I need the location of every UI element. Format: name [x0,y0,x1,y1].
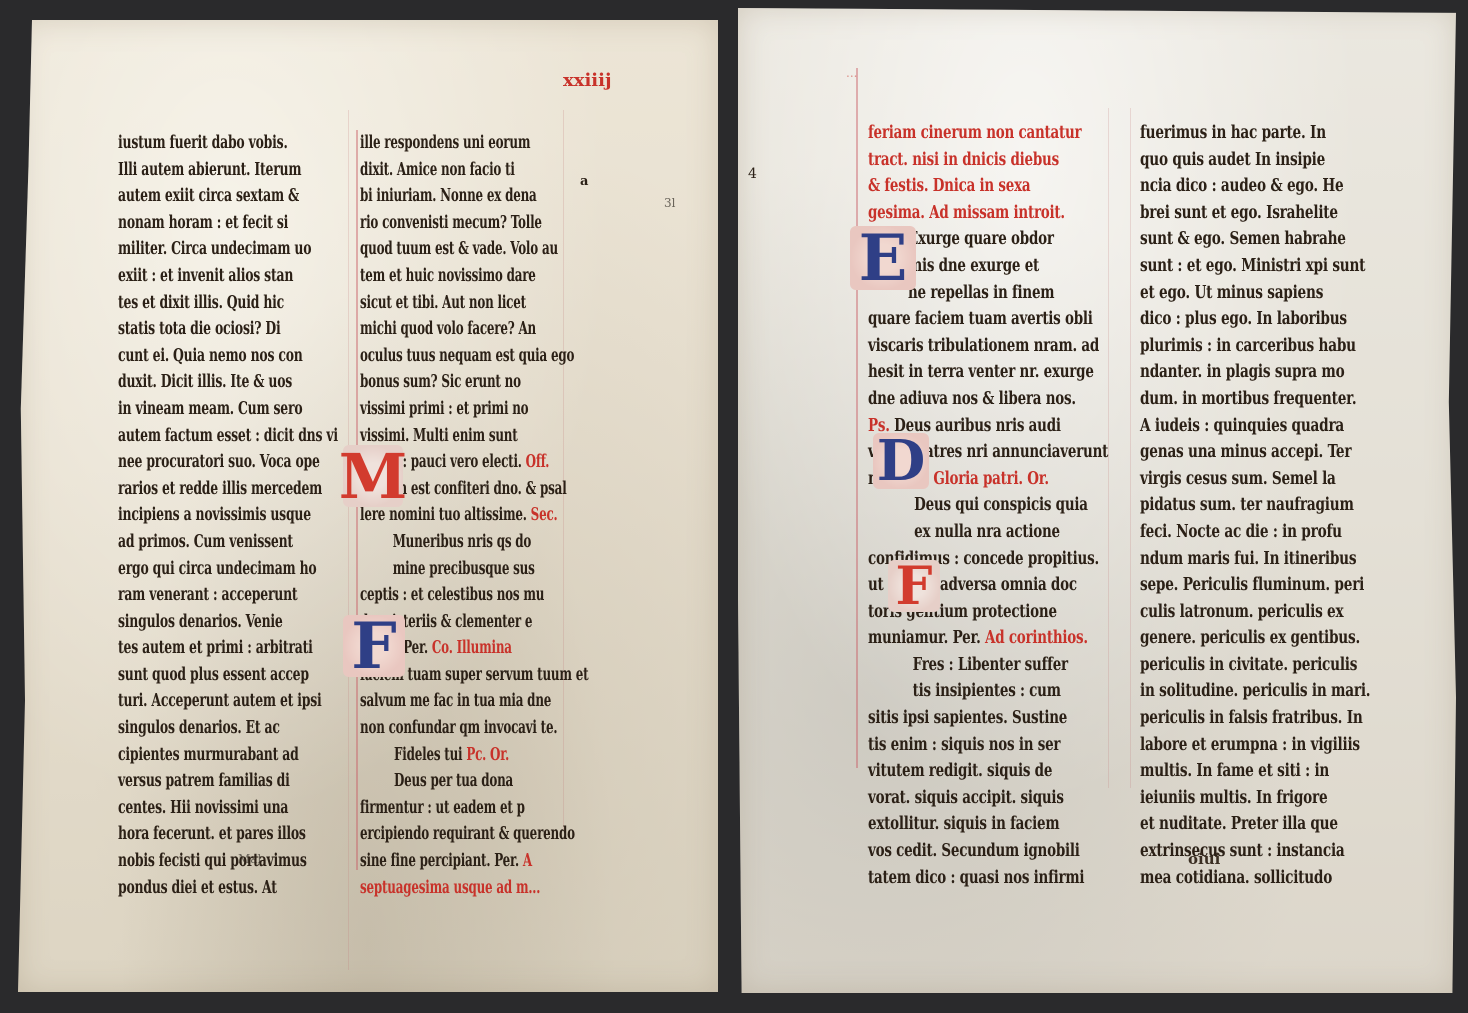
text-line: versus patrem familias di [118,768,338,795]
text-line: ad primos. Cum venissent [118,529,338,556]
text-line: Fideles tui Pc. Or. [360,742,588,769]
text-line: rio convenisti mecum? Tolle [360,210,588,237]
text-line: quod tuum est & vade. Volo au [360,236,588,263]
text-line: tatem dico : quasi nos infirmi [868,865,1108,892]
text-line: ndanter. in plagis supra mo [1140,359,1370,386]
text-line: pidatus sum. ter naufragium [1140,492,1370,519]
text-line: tem et huic novissimo dare [360,263,588,290]
rubric-text: Co. Illumina [428,638,512,658]
text-line: bi iniuriam. Nonne ex dena [360,183,588,210]
text-line: iustum fuerit dabo vobis. [118,130,338,157]
text-line: singulos denarios. Venie [118,609,338,636]
text-line: autem factum esset : dicit dns vi [118,423,338,450]
text-line: pondus diei et estus. At [118,875,338,902]
text-line: genere. periculis ex gentibus. [1140,625,1370,652]
rubric-text: Sec. [527,505,558,525]
decorated-initial-d: D [873,433,929,489]
decorated-initial-m: M [343,445,403,507]
text-line: incipiens a novissimis usque [118,502,338,529]
text-line: multis. In fame et siti : in [1140,758,1370,785]
text-line: rarios et redde illis mercedem [118,476,338,503]
left-manuscript-leaf: xxiiij a 3l Mal iustum fuerit dabo vobis… [18,20,718,992]
text-line: dico : plus ego. In laboribus [1140,306,1370,333]
text-line: michi quod volo facere? An [360,316,588,343]
text-line: ille respondens uni eorum [360,130,588,157]
text-line: tes autem et primi : arbitrati [118,635,338,662]
text-line: in vineam meam. Cum sero [118,396,338,423]
text-line: cunt ei. Quia nemo nos con [118,343,338,370]
folio-number: xxiiij [563,70,612,91]
text-line: mine precibusque sus [360,556,588,583]
catchword: oiui [1188,850,1220,868]
text-line: ex nulla nra actione [868,519,1108,546]
text-line: ergo qui circa undecimam ho [118,556,338,583]
text-line: Fres : Libenter suffer [868,652,1108,679]
text-line: vitutem redigit. siquis de [868,758,1108,785]
text-line: Deus per tua dona [360,768,588,795]
text-line: oculus tuus nequam est quia ego [360,343,588,370]
text-line: in solitudine. periculis in mari. [1140,678,1370,705]
text-line: exiit : et invenit alios stan [118,263,338,290]
text-line: feci. Nocte ac die : in profu [1140,519,1370,546]
pen-flourish [856,68,858,768]
text-line: nee procuratori suo. Voca ope [118,449,338,476]
text-line: autem exiit circa sextam & [118,183,338,210]
text-line: turi. Acceperunt autem et ipsi [118,688,338,715]
text-line: tis insipientes : cum [868,678,1108,705]
text-line: plurimis : in carceribus habu [1140,333,1370,360]
text-line: bonus sum? Sic erunt no [360,369,588,396]
text-line: militer. Circa undecimam uo [118,236,338,263]
decorated-initial-f: F [343,615,405,677]
text-line: mea cotidiana. sollicitudo [1140,865,1370,892]
text-line: periculis in falsis fratribus. In [1140,705,1370,732]
text-line: dum. in mortibus frequenter. [1140,386,1370,413]
text-line: ndum maris fui. In itineribus [1140,546,1370,573]
text-line: sunt : et ego. Ministri xpi sunt [1140,253,1370,280]
text-line: sunt quod plus essent accep [118,662,338,689]
text-line: genas una minus accepi. Ter [1140,439,1370,466]
text-line: & festis. Dnica in sexa [868,173,1108,200]
text-line: ercipiendo requirant & querendo [360,821,588,848]
text-line: culis latronum. periculis ex [1140,599,1370,626]
text-line: extollitur. siquis in faciem [868,811,1108,838]
text-column-right-2: fuerimus in hac parte. Inquo quis audet … [1140,120,1435,891]
text-line: ncia dico : audeo & ego. He [1140,173,1370,200]
text-line: duxit. Dicit illis. Ite & uos [118,369,338,396]
rubric-text: Off. [522,452,549,472]
text-line: virgis cesus sum. Semel la [1140,466,1370,493]
text-line: firmentur : ut eadem et p [360,795,588,822]
rubric-text: Ad corinthios. [981,628,1088,648]
margin-note: 4 [748,166,757,182]
text-line: nonam horam : et fecit si [118,210,338,237]
right-manuscript-leaf: ... 4 feriam cinerum non cantaturtract. … [738,8,1456,993]
text-line: ieiuniis multis. In frigore [1140,785,1370,812]
text-line: vos cedit. Secundum ignobili [868,838,1108,865]
text-line: sine fine percipiant. Per. A [360,848,588,875]
text-line: sicut et tibi. Aut non licet [360,290,588,317]
text-line: Illi autem abierunt. Iterum [118,157,338,184]
text-line: et nuditate. Preter illa que [1140,811,1370,838]
text-line: ceptis : et celestibus nos mu [360,582,588,609]
text-line: tis enim : siquis nos in ser [868,732,1108,759]
text-line: nobis fecisti qui portavimus [118,848,338,875]
text-line: hora fecerunt. et pares illos [118,821,338,848]
text-line: Muneribus nris qs do [360,529,588,556]
text-line: brei sunt et ego. Israhelite [1140,200,1370,227]
text-line: salvum me fac in tua mia dne [360,688,588,715]
text-line: statis tota die ociosi? Di [118,316,338,343]
text-line: septuagesima usque ad m... [360,875,588,902]
rubric-text: V. Gloria patri. Or. [912,469,1049,489]
text-line: Deus qui conspicis quia [868,492,1108,519]
text-line: ram venerant : acceperunt [118,582,338,609]
text-line: labore et erumpna : in vigiliis [1140,732,1370,759]
decorated-initial-f: F [888,560,940,612]
text-line: tes et dixit illis. Quid hic [118,290,338,317]
text-line: singulos denarios. Et ac [118,715,338,742]
text-line: viscaris tribulationem nram. ad [868,333,1108,360]
text-line: extrinsecus sunt : instancia [1140,838,1370,865]
text-line: quare faciem tuam avertis obli [868,306,1108,333]
text-line: cipientes murmurabant ad [118,742,338,769]
text-line: tract. nisi in dnicis diebus [868,147,1108,174]
text-column-left-2: ille respondens uni eorumdixit. Amice no… [360,130,695,901]
text-line: sepe. Periculis fluminum. peri [1140,572,1370,599]
text-line: sunt & ego. Semen habrahe [1140,226,1370,253]
text-line: et ego. Ut minus sapiens [1140,280,1370,307]
text-line: vissimi primi : et primi no [360,396,588,423]
text-line: dixit. Amice non facio ti [360,157,588,184]
text-line: periculis in civitate. periculis [1140,652,1370,679]
rubric-text: A [519,851,532,871]
text-line: feriam cinerum non cantatur [868,120,1108,147]
text-line: sitis ipsi sapientes. Sustine [868,705,1108,732]
decorated-initial-e: E [850,226,916,290]
text-line: muniamur. Per. Ad corinthios. [868,625,1108,652]
text-line: vorat. siquis accipit. siquis [868,785,1108,812]
text-line: hesit in terra venter nr. exurge [868,359,1108,386]
text-line: centes. Hii novissimi una [118,795,338,822]
text-line: non confundar qm invocavi te. [360,715,588,742]
text-line: fuerimus in hac parte. In [1140,120,1370,147]
text-line: dne adiuva nos & libera nos. [868,386,1108,413]
rubric-text: Pc. Or. [462,745,509,765]
text-line: quo quis audet In insipie [1140,147,1370,174]
text-line: A iudeis : quinquies quadra [1140,413,1370,440]
